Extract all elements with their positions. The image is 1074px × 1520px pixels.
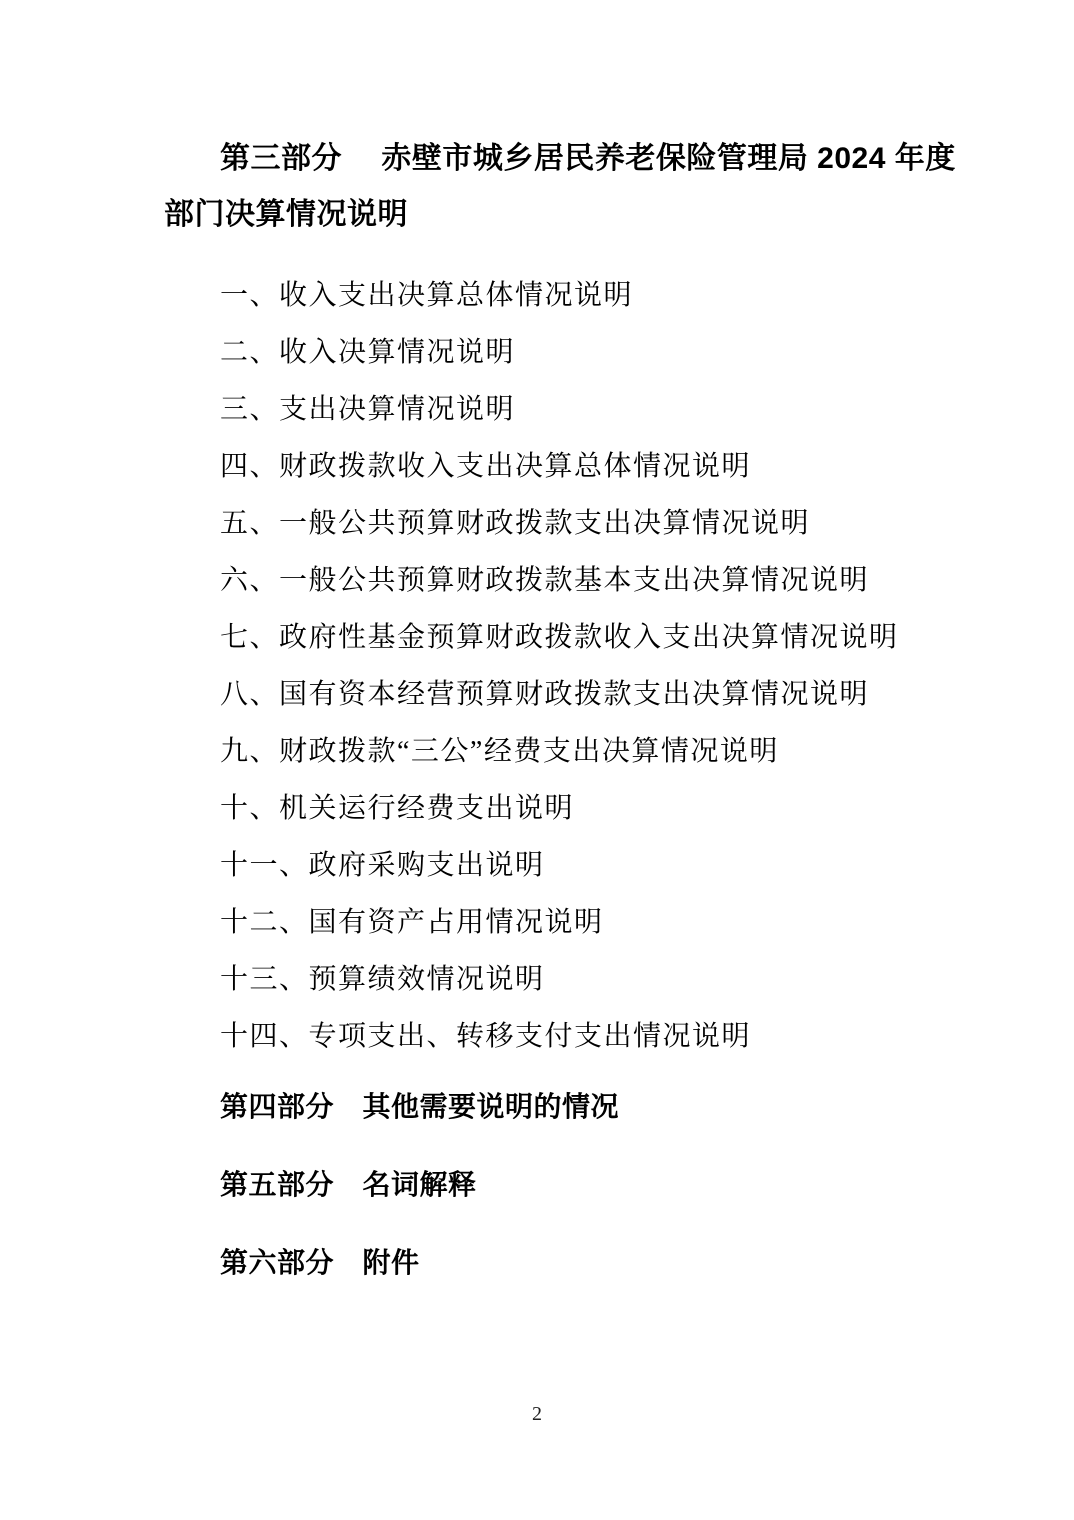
part4-heading: 第四部分 其他需要说明的情况: [164, 1079, 930, 1135]
table-of-contents: 一、收入支出决算总体情况说明 二、收入决算情况说明 三、支出决算情况说明 四、财…: [164, 267, 930, 1065]
toc-item-9: 九、财政拨款“三公”经费支出决算情况说明: [164, 723, 930, 780]
toc-item-11: 十一、政府采购支出说明: [164, 837, 930, 894]
page-content: 第三部分 赤壁市城乡居民养老保险管理局 2024 年度 部门决算情况说明 一、收…: [164, 0, 930, 1291]
toc-item-12: 十二、国有资产占用情况说明: [164, 894, 930, 951]
toc-item-1: 一、收入支出决算总体情况说明: [164, 267, 930, 324]
toc-item-10: 十、机关运行经费支出说明: [164, 780, 930, 837]
toc-item-4: 四、财政拨款收入支出决算总体情况说明: [164, 438, 930, 495]
part3-heading: 第三部分 赤壁市城乡居民养老保险管理局 2024 年度 部门决算情况说明: [164, 131, 930, 243]
toc-item-3: 三、支出决算情况说明: [164, 381, 930, 438]
toc-item-14: 十四、专项支出、转移支付支出情况说明: [164, 1008, 930, 1065]
document-page: 第三部分 赤壁市城乡居民养老保险管理局 2024 年度 部门决算情况说明 一、收…: [0, 0, 1074, 1520]
part6-heading: 第六部分 附件: [164, 1235, 930, 1291]
part3-heading-line1: 第三部分 赤壁市城乡居民养老保险管理局 2024 年度: [164, 131, 930, 187]
toc-item-13: 十三、预算绩效情况说明: [164, 951, 930, 1008]
toc-item-2: 二、收入决算情况说明: [164, 324, 930, 381]
toc-item-5: 五、一般公共预算财政拨款支出决算情况说明: [164, 495, 930, 552]
toc-item-7: 七、政府性基金预算财政拨款收入支出决算情况说明: [164, 609, 930, 666]
part5-heading: 第五部分 名词解释: [164, 1157, 930, 1213]
part3-heading-line2: 部门决算情况说明: [164, 187, 930, 243]
page-number: 2: [0, 1403, 1074, 1426]
toc-item-8: 八、国有资本经营预算财政拨款支出决算情况说明: [164, 666, 930, 723]
toc-item-6: 六、一般公共预算财政拨款基本支出决算情况说明: [164, 552, 930, 609]
